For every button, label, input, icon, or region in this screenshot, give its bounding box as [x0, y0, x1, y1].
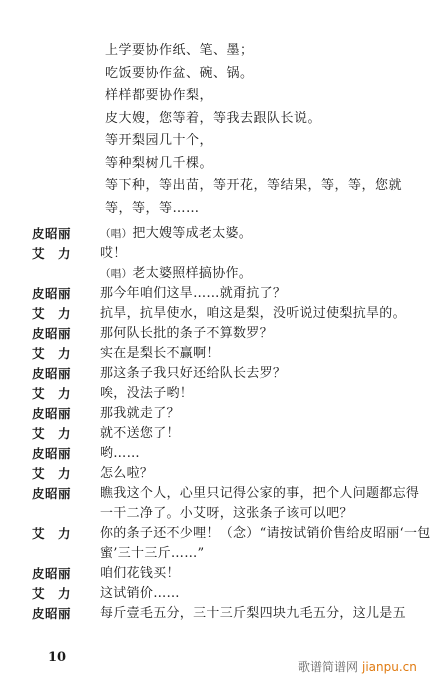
verse-line: 样样都要协作梨， — [105, 85, 402, 108]
line-text: 咱们花钱买！ — [100, 564, 432, 584]
line-text: 瞧我这个人，心里只记得公家的事，把个人问题都忘得一干二净了。小艾呀，这张条子该可… — [100, 484, 432, 524]
dialogue-line: 艾 力怎么啦？ — [32, 464, 432, 484]
dialogue-line: （唱）老太婆照样搞协作。 — [32, 264, 432, 284]
speaker-name: 皮昭丽 — [32, 444, 100, 464]
spoken-text: 老太婆照样搞协作。 — [132, 266, 252, 281]
speaker-name: 艾 力 — [32, 244, 100, 264]
speaker-name: 皮昭丽 — [32, 324, 100, 344]
line-text: 就不送您了！ — [100, 424, 432, 444]
dialogue-line: 艾 力抗旱，抗旱使水，咱这是梨，没听说过使梨抗旱的。 — [32, 304, 432, 324]
speaker-name: 艾 力 — [32, 464, 100, 484]
stage-direction: （唱） — [100, 228, 132, 240]
dialogue-line: 艾 力这试销价…… — [32, 584, 432, 604]
dialogue-line: 艾 力哎！ — [32, 244, 432, 264]
dialogue-block: 皮昭丽（唱）把大嫂等成老太婆。艾 力哎！（唱）老太婆照样搞协作。皮昭丽那今年咱们… — [32, 224, 432, 624]
spoken-text: 唉，没法子哟！ — [100, 386, 193, 401]
spoken-text: 那我就走了？ — [100, 406, 180, 421]
line-text: 你的条子还不少哩！（念）“请按试销价售给皮昭丽‘一包蜜’三十三斤……” — [100, 524, 432, 564]
dialogue-line: 艾 力实在是梨长不赢啊！ — [32, 344, 432, 364]
dialogue-line: 皮昭丽咱们花钱买！ — [32, 564, 432, 584]
dialogue-line: 艾 力唉，没法子哟！ — [32, 384, 432, 404]
speaker-name: 艾 力 — [32, 524, 100, 564]
verse-line: 等种梨树几千棵。 — [105, 153, 402, 176]
spoken-text: 瞧我这个人，心里只记得公家的事，把个人问题都忘得一干二净了。小艾呀，这张条子该可… — [100, 486, 419, 521]
speaker-name: 皮昭丽 — [32, 604, 100, 624]
dialogue-line: 皮昭丽瞧我这个人，心里只记得公家的事，把个人问题都忘得一干二净了。小艾呀，这张条… — [32, 484, 432, 524]
spoken-text: 哎！ — [100, 246, 127, 261]
spoken-text: 那何队长批的条子不算数罗？ — [100, 326, 273, 341]
verse-line: 等下种，等出苗，等开花，等结果，等，等，您就 — [105, 175, 402, 198]
speaker-name: 艾 力 — [32, 384, 100, 404]
line-text: 实在是梨长不赢啊！ — [100, 344, 432, 364]
verse-line: 等开梨园几十个， — [105, 130, 402, 153]
dialogue-line: 皮昭丽那我就走了？ — [32, 404, 432, 424]
spoken-text: 把大嫂等成老太婆。 — [132, 226, 252, 241]
verse-line: 上学要协作纸、笔、墨； — [105, 40, 402, 63]
watermark: 歌谱简谱网jianpu.cn — [298, 658, 417, 675]
verse-line: 吃饭要协作盆、碗、锅。 — [105, 63, 402, 86]
line-text: 那何队长批的条子不算数罗？ — [100, 324, 432, 344]
spoken-text: 你的条子还不少哩！（念）“请按试销价售给皮昭丽‘一包蜜’三十三斤……” — [100, 526, 431, 561]
line-text: 那我就走了？ — [100, 404, 432, 424]
speaker-name: 皮昭丽 — [32, 284, 100, 304]
spoken-text: 这试销价…… — [100, 586, 180, 601]
dialogue-line: 皮昭丽那今年咱们这旱……就甭抗了？ — [32, 284, 432, 304]
speaker-name: 艾 力 — [32, 424, 100, 444]
speaker-name: 皮昭丽 — [32, 404, 100, 424]
spoken-text: 咱们花钱买！ — [100, 566, 180, 581]
watermark-url: jianpu.cn — [362, 660, 417, 674]
line-text: 每斤壹毛五分，三十三斤梨四块九毛五分，这儿是五 — [100, 604, 432, 624]
dialogue-line: 艾 力就不送您了！ — [32, 424, 432, 444]
speaker-name: 皮昭丽 — [32, 364, 100, 384]
speaker-name — [32, 264, 100, 284]
dialogue-line: 皮昭丽那何队长批的条子不算数罗？ — [32, 324, 432, 344]
line-text: 那这条子我只好还给队长去罗？ — [100, 364, 432, 384]
dialogue-line: 艾 力你的条子还不少哩！（念）“请按试销价售给皮昭丽‘一包蜜’三十三斤……” — [32, 524, 432, 564]
dialogue-line: 皮昭丽哟…… — [32, 444, 432, 464]
line-text: 抗旱，抗旱使水，咱这是梨，没听说过使梨抗旱的。 — [100, 304, 432, 324]
stage-direction: （唱） — [100, 268, 132, 280]
spoken-text: 实在是梨长不赢啊！ — [100, 346, 220, 361]
speaker-name: 艾 力 — [32, 584, 100, 604]
line-text: 唉，没法子哟！ — [100, 384, 432, 404]
speaker-name: 皮昭丽 — [32, 564, 100, 584]
watermark-site: 歌谱简谱网 — [298, 660, 358, 674]
spoken-text: 就不送您了！ — [100, 426, 180, 441]
dialogue-line: 皮昭丽那这条子我只好还给队长去罗？ — [32, 364, 432, 384]
spoken-text: 那这条子我只好还给队长去罗？ — [100, 366, 286, 381]
line-text: （唱）把大嫂等成老太婆。 — [100, 224, 432, 244]
line-text: （唱）老太婆照样搞协作。 — [100, 264, 432, 284]
song-verse: 上学要协作纸、笔、墨； 吃饭要协作盆、碗、锅。 样样都要协作梨， 皮大嫂，您等着… — [105, 40, 402, 220]
spoken-text: 每斤壹毛五分，三十三斤梨四块九毛五分，这儿是五 — [100, 606, 406, 621]
speaker-name: 皮昭丽 — [32, 484, 100, 524]
spoken-text: 怎么啦？ — [100, 466, 153, 481]
page-number: 10 — [48, 650, 66, 665]
line-text: 那今年咱们这旱……就甭抗了？ — [100, 284, 432, 304]
verse-line: 等，等，等…… — [105, 198, 402, 221]
line-text: 这试销价…… — [100, 584, 432, 604]
spoken-text: 哟…… — [100, 446, 140, 461]
dialogue-line: 皮昭丽（唱）把大嫂等成老太婆。 — [32, 224, 432, 244]
spoken-text: 抗旱，抗旱使水，咱这是梨，没听说过使梨抗旱的。 — [100, 306, 406, 321]
spoken-text: 那今年咱们这旱……就甭抗了？ — [100, 286, 286, 301]
line-text: 哎！ — [100, 244, 432, 264]
speaker-name: 艾 力 — [32, 344, 100, 364]
dialogue-line: 皮昭丽每斤壹毛五分，三十三斤梨四块九毛五分，这儿是五 — [32, 604, 432, 624]
verse-line: 皮大嫂，您等着，等我去跟队长说。 — [105, 108, 402, 131]
document-page: 上学要协作纸、笔、墨； 吃饭要协作盆、碗、锅。 样样都要协作梨， 皮大嫂，您等着… — [0, 0, 448, 690]
speaker-name: 艾 力 — [32, 304, 100, 324]
speaker-name: 皮昭丽 — [32, 224, 100, 244]
line-text: 哟…… — [100, 444, 432, 464]
line-text: 怎么啦？ — [100, 464, 432, 484]
